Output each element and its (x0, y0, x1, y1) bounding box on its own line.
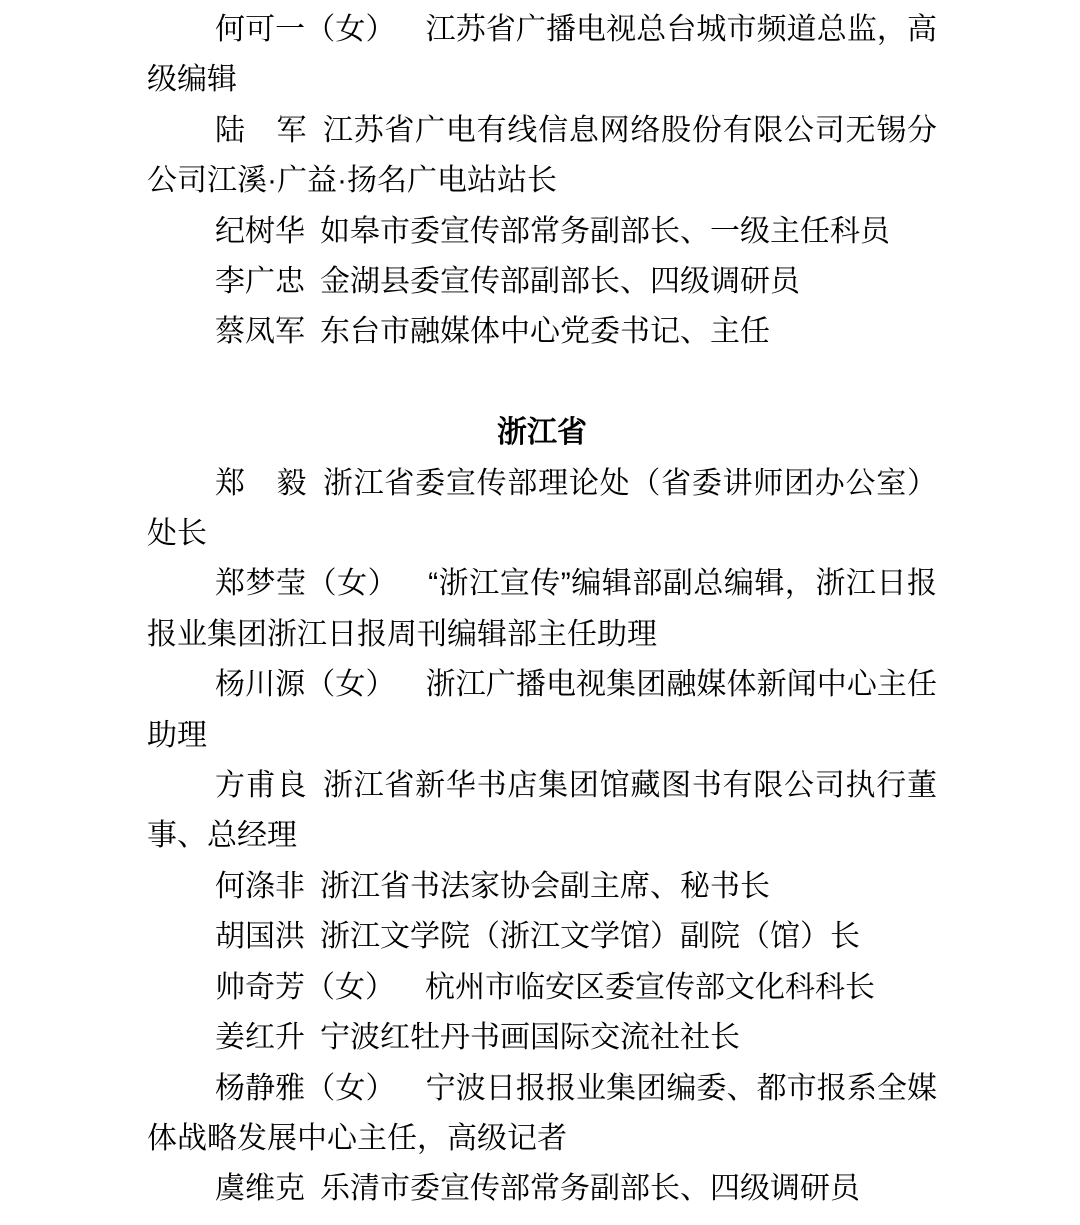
roster-entry: 胡国洪浙江文学院（浙江文学馆）副院（馆）长 (147, 912, 937, 962)
gender-marker: （女） (307, 567, 399, 600)
person-title: 宁波红牡丹书画国际交流社社长 (320, 1021, 740, 1054)
gender-marker: （女） (305, 971, 395, 1004)
person-title: 杭州市临安区委宣传部文化科科长 (425, 971, 875, 1004)
person-title: 浙江文学院（浙江文学馆）副院（馆）长 (320, 920, 860, 953)
roster-entry: 杨静雅（女）宁波日报报业集团编委、都市报系全媒体战略发展中心主任，高级记者 (147, 1064, 937, 1165)
person-name: 郑梦莹 (215, 567, 307, 600)
roster-entry: 李广忠金湖县委宣传部副部长、四级调研员 (147, 257, 937, 307)
person-name: 杨川源 (215, 668, 305, 701)
person-name: 纪树华 (215, 215, 305, 248)
person-name: 何涤非 (215, 870, 305, 903)
roster-entry: 郑 毅浙江省委宣传部理论处（省委讲师团办公室）处长 (147, 459, 937, 560)
person-name: 方甫良 (215, 769, 307, 802)
person-name: 郑 毅 (215, 467, 307, 500)
document-page: 何可一（女）江苏省广播电视总台城市频道总监，高级编辑 陆 军江苏省广电有线信息网… (147, 5, 937, 1215)
person-name: 帅奇芳 (215, 971, 305, 1004)
person-title: 金湖县委宣传部副部长、四级调研员 (320, 265, 800, 298)
roster-entry: 虞维克乐清市委宣传部常务副部长、四级调研员 (147, 1164, 937, 1214)
person-name: 李广忠 (215, 265, 305, 298)
roster-entry: 方甫良浙江省新华书店集团馆藏图书有限公司执行董事、总经理 (147, 761, 937, 862)
person-name: 何可一 (215, 13, 305, 46)
roster-entry: 姜红升宁波红牡丹书画国际交流社社长 (147, 1013, 937, 1063)
roster-entry: 杨川源（女）浙江广播电视集团融媒体新闻中心主任助理 (147, 660, 937, 761)
person-name: 胡国洪 (215, 920, 305, 953)
roster-entry: 陆 军江苏省广电有线信息网络股份有限公司无锡分公司江溪·广益·扬名广电站站长 (147, 106, 937, 207)
roster-entry: 帅奇芳（女）杭州市临安区委宣传部文化科科长 (147, 963, 937, 1013)
roster-entry: 何涤非浙江省书法家协会副主席、秘书长 (147, 862, 937, 912)
gender-marker: （女） (305, 668, 395, 701)
person-title: 东台市融媒体中心党委书记、主任 (320, 315, 770, 348)
gender-marker: （女） (305, 13, 395, 46)
roster-entry: 蔡凤军东台市融媒体中心党委书记、主任 (147, 307, 937, 357)
roster-entry: 何可一（女）江苏省广播电视总台城市频道总监，高级编辑 (147, 5, 937, 106)
province-section-header: 浙江省 (147, 408, 937, 458)
person-title: 浙江省书法家协会副主席、秘书长 (320, 870, 770, 903)
person-title: 如皋市委宣传部常务副部长、一级主任科员 (320, 215, 890, 248)
gender-marker: （女） (305, 1072, 395, 1105)
person-name: 姜红升 (215, 1021, 305, 1054)
person-name: 蔡凤军 (215, 315, 305, 348)
person-name: 杨静雅 (215, 1072, 305, 1105)
roster-entry: 郑梦莹（女）“浙江宣传”编辑部副总编辑，浙江日报报业集团浙江日报周刊编辑部主任助… (147, 559, 937, 660)
person-name: 陆 军 (215, 114, 307, 147)
person-name: 虞维克 (215, 1172, 305, 1205)
person-title: 乐清市委宣传部常务副部长、四级调研员 (320, 1172, 860, 1205)
roster-entry: 纪树华如皋市委宣传部常务副部长、一级主任科员 (147, 207, 937, 257)
